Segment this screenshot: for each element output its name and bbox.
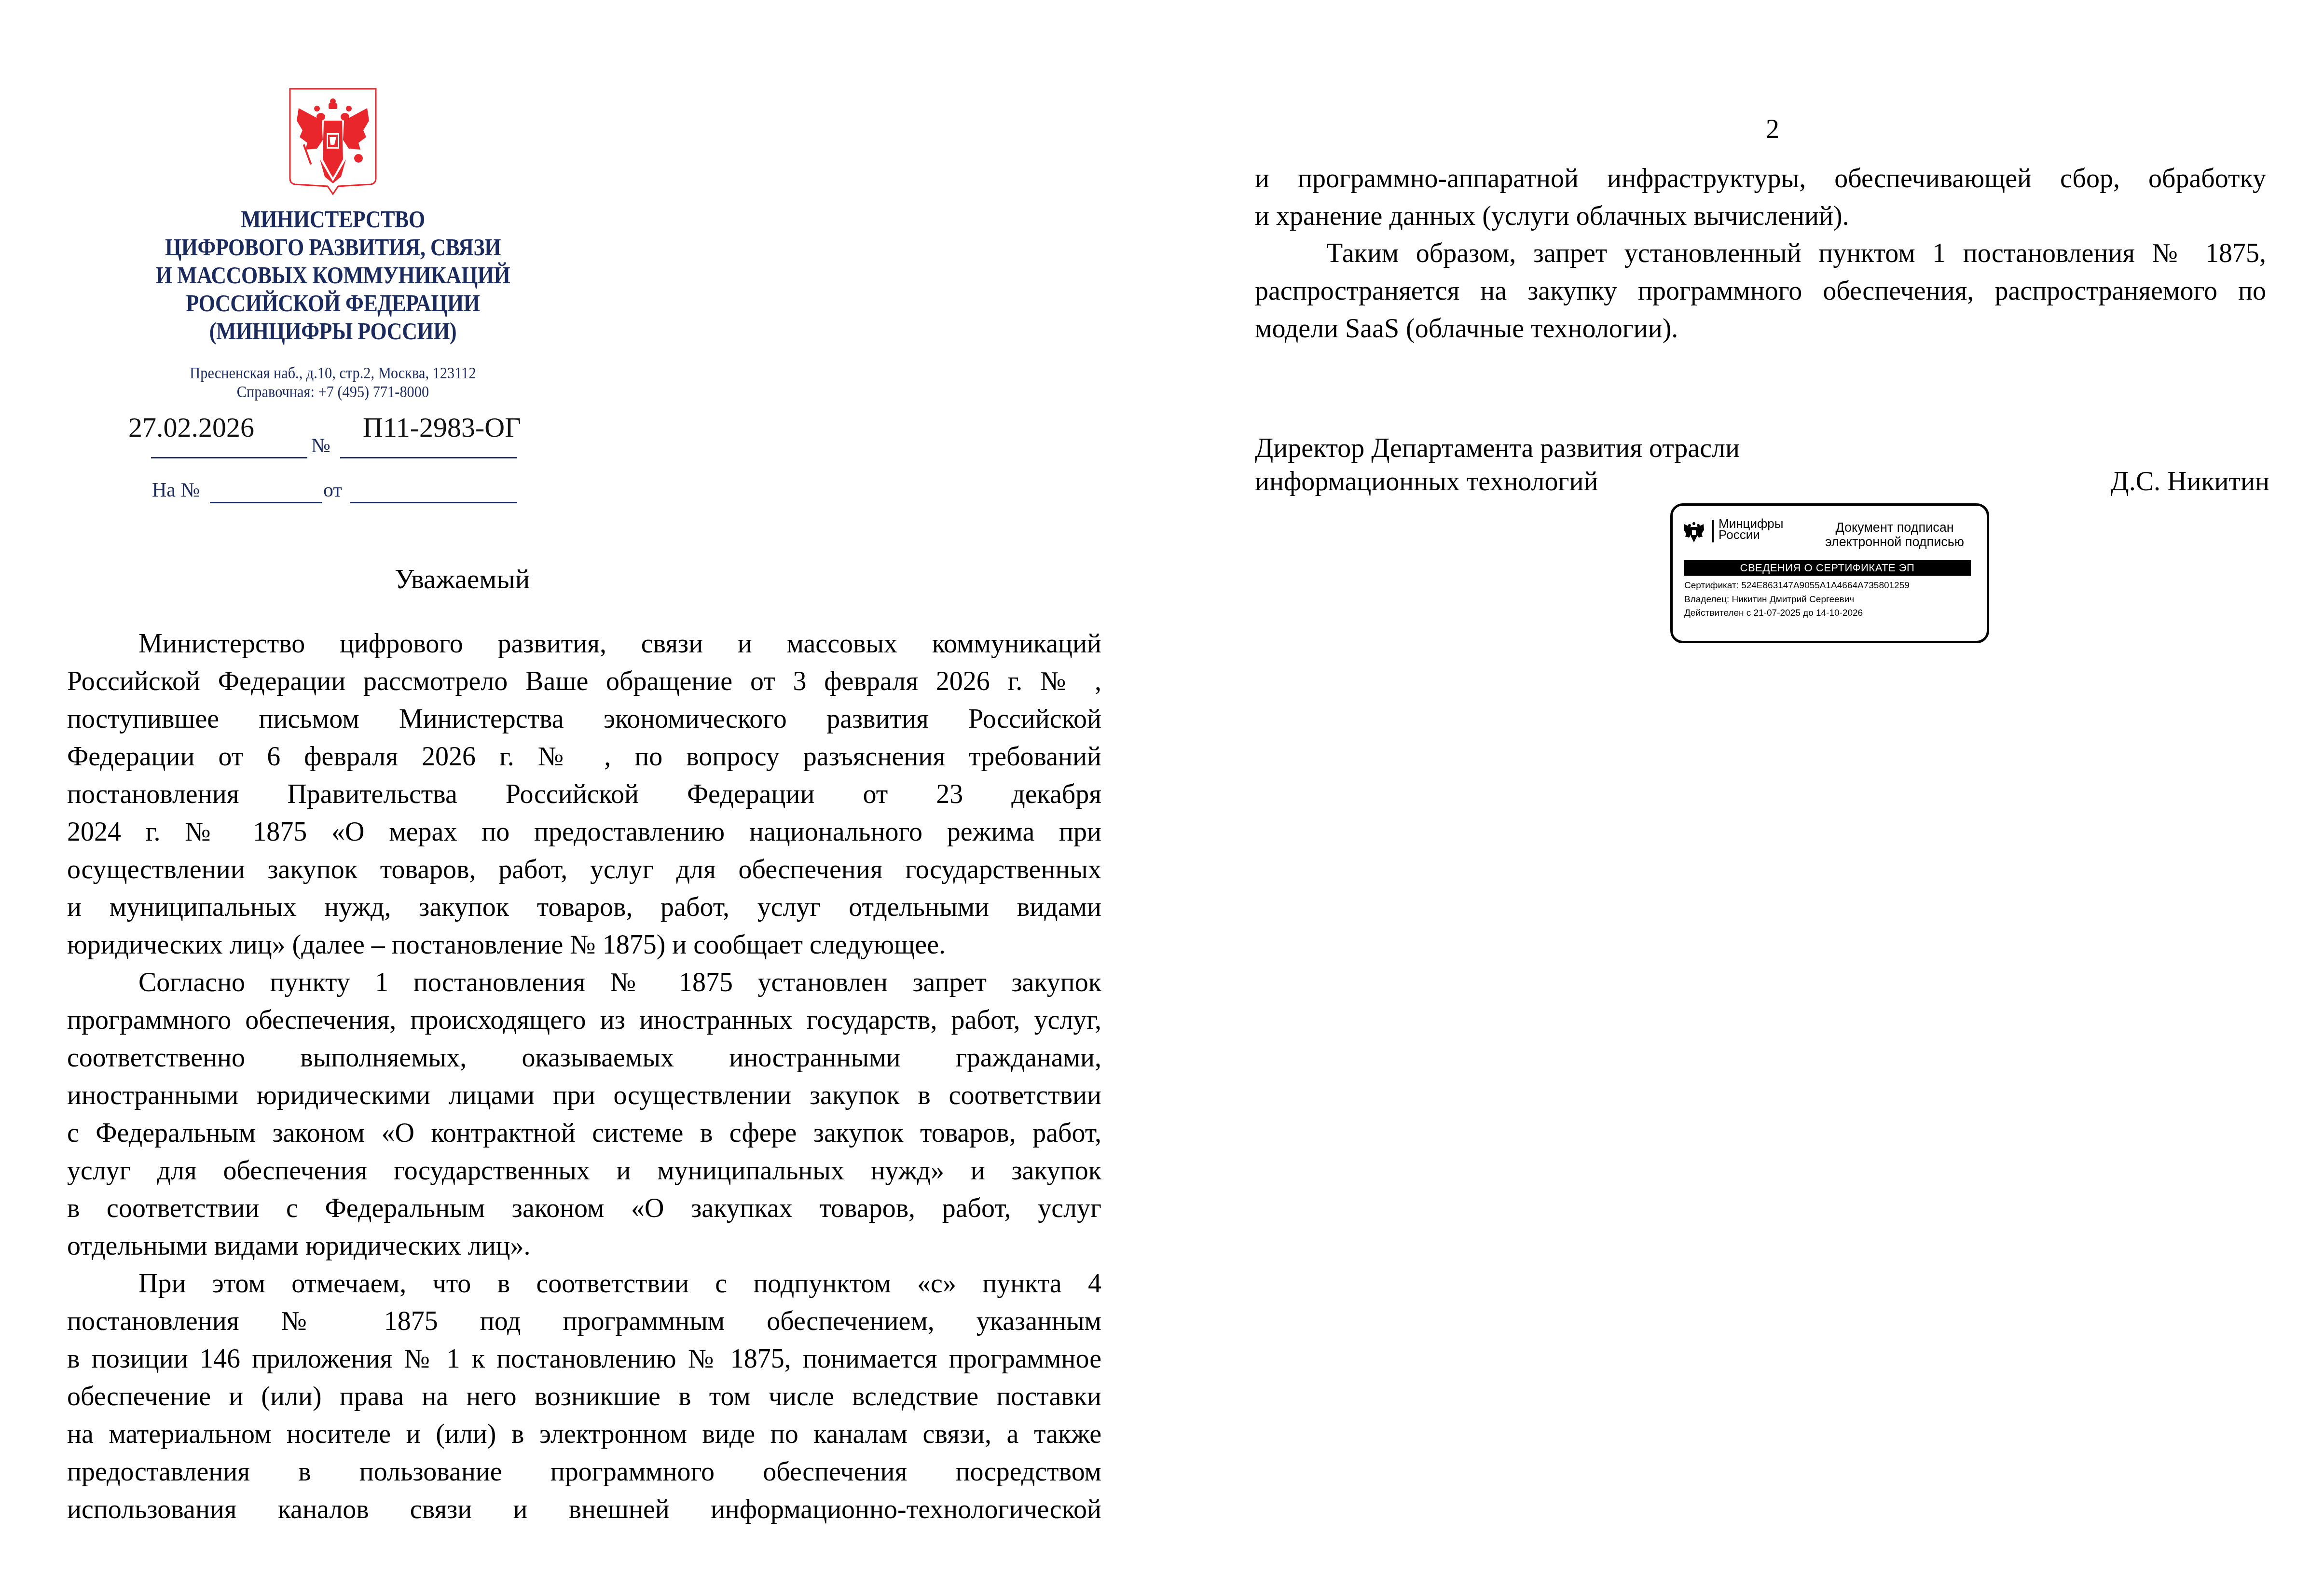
greeting: Уважаемый xyxy=(395,564,530,595)
stamp-signed-line1: Документ подписан xyxy=(1817,520,1972,535)
ministry-name: МИНИСТЕРСТВО ЦИФРОВОГО РАЗВИТИЯ, СВЯЗИ И… xyxy=(142,205,524,345)
russian-coat-of-arms-icon xyxy=(288,87,378,196)
body-text-line: программного обеспечения, происходящего … xyxy=(67,1001,1101,1039)
body-text-line: Таким образом, запрет установленный пунк… xyxy=(1326,235,2266,272)
stamp-logo-text: Минцифры России xyxy=(1719,518,1784,540)
eagle-emblem-icon xyxy=(1683,521,1705,543)
body-text-line: и хранение данных (услуги облачных вычис… xyxy=(1255,197,2266,235)
body-text-line: соответственно выполняемых, оказываемых … xyxy=(67,1039,1101,1077)
body-text-line: Федерации от 6 февраля 2026 г. № , по во… xyxy=(67,738,1101,775)
body-text-line: модели SaaS (облачные технологии). xyxy=(1255,310,2266,347)
stamp-signed-caption: Документ подписан электронной подписью xyxy=(1817,520,1972,549)
body-text-line: на материальном носителе и (или) в элект… xyxy=(67,1415,1101,1453)
ministry-line: (МИНЦИФРЫ РОССИИ) xyxy=(142,317,524,345)
document-number: П11-2983-ОГ xyxy=(363,411,521,443)
signatory-position-line2: информационных технологий xyxy=(1255,466,1598,497)
body-text-line: отдельными видами юридических лиц». xyxy=(67,1227,1101,1265)
body-text-line: осуществлении закупок товаров, работ, ус… xyxy=(67,851,1101,888)
body-text-line: 2024 г. № 1875 «О мерах по предоставлени… xyxy=(67,813,1101,851)
ministry-line: ЦИФРОВОГО РАЗВИТИЯ, СВЯЗИ xyxy=(142,233,524,261)
ministry-line: РОССИЙСКОЙ ФЕДЕРАЦИИ xyxy=(142,289,524,317)
body-text-line: обеспечение и (или) права на него возник… xyxy=(67,1378,1101,1415)
ministry-address-block: Пресненская наб., д.10, стр.2, Москва, 1… xyxy=(133,364,533,402)
certificate-serial: Сертификат: 524E863147A9055A1A4664A73580… xyxy=(1684,581,1910,591)
body-text-line: предоставления в пользование программног… xyxy=(67,1453,1101,1491)
from-label: от xyxy=(323,479,342,502)
ministry-address: Пресненская наб., д.10, стр.2, Москва, 1… xyxy=(133,364,533,383)
number-label: № xyxy=(311,434,330,457)
signatory-position-line1: Директор Департамента развития отрасли xyxy=(1255,433,1740,464)
body-text-line: постановления Правительства Российской Ф… xyxy=(67,775,1101,813)
body-text-line: Министерство цифрового развития, связи и… xyxy=(138,625,1101,663)
body-text-line: При этом отмечаем, что в соответствии с … xyxy=(138,1265,1101,1302)
number-field-rule xyxy=(340,457,517,458)
document-date: 27.02.2026 xyxy=(128,411,254,443)
body-text-line: использования каналов связи и внешней ин… xyxy=(67,1491,1101,1528)
stamp-signed-line2: электронной подписью xyxy=(1817,535,1972,549)
body-text-line: поступившее письмом Министерства экономи… xyxy=(67,700,1101,738)
body-text-line: в позиции 146 приложения № 1 к постановл… xyxy=(67,1340,1101,1378)
body-text-line: и программно-аппаратной инфраструктуры, … xyxy=(1255,160,2266,197)
ministry-line: И МАССОВЫХ КОММУНИКАЦИЙ xyxy=(142,261,524,289)
body-text-line: постановления № 1875 под программным обе… xyxy=(67,1302,1101,1340)
ministry-phone: Справочная: +7 (495) 771-8000 xyxy=(133,383,533,402)
certificate-validity: Действителен с 21-07-2025 до 14-10-2026 xyxy=(1684,608,1863,619)
body-text-line: Российской Федерации рассмотрело Ваше об… xyxy=(67,663,1101,700)
body-text-line: и муниципальных нужд, закупок товаров, р… xyxy=(67,888,1101,926)
body-text-line: юридических лиц» (далее – постановление … xyxy=(67,926,1101,964)
ministry-line: МИНИСТЕРСТВО xyxy=(142,205,524,233)
body-text-line: в соответствии с Федеральным законом «О … xyxy=(67,1190,1101,1227)
body-text-line: с Федеральным законом «О контрактной сис… xyxy=(67,1114,1101,1152)
date-field-rule xyxy=(151,457,307,458)
reply-to-label: На № xyxy=(152,479,200,502)
body-text-line: распространяется на закупку программного… xyxy=(1255,272,2266,310)
certificate-banner: СВЕДЕНИЯ О СЕРТИФИКАТЕ ЭП xyxy=(1684,560,1971,576)
electronic-signature-stamp: Минцифры России Документ подписан электр… xyxy=(1670,503,1989,643)
page-number: 2 xyxy=(1766,114,1779,145)
body-text-line: иностранными юридическими лицами при осу… xyxy=(67,1077,1101,1114)
reply-to-number-field xyxy=(210,502,322,503)
signatory-name: Д.С. Никитин xyxy=(2110,466,2269,497)
reply-to-date-field xyxy=(350,502,517,503)
body-text-line: Согласно пункту 1 постановления № 1875 у… xyxy=(138,964,1101,1001)
certificate-owner: Владелец: Никитин Дмитрий Сергеевич xyxy=(1684,595,1854,605)
body-text-line: услуг для обеспечения государственных и … xyxy=(67,1152,1101,1190)
logo-divider xyxy=(1712,520,1714,542)
stamp-logo-line2: России xyxy=(1719,529,1784,540)
